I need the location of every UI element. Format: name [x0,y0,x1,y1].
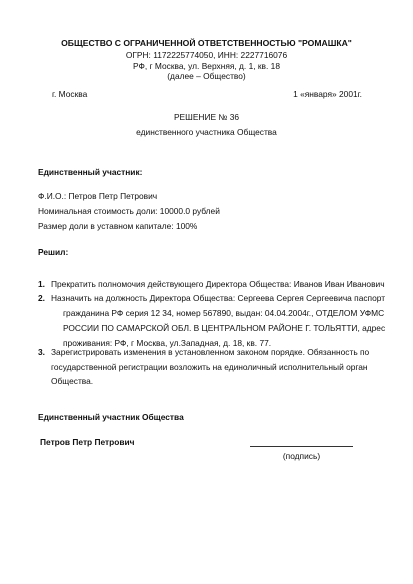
item-number: 2. [38,294,51,302]
decision-title: РЕШЕНИЕ № 36 [0,113,413,121]
participant-fio: Ф.И.О.: Петров Петр Петрович [38,192,157,200]
participant-share-size: Размер доли в уставном капитале: 100% [38,222,197,230]
signatory-name: Петров Петр Петрович [40,438,135,446]
signature-line [250,446,353,447]
signature-caption: (подпись) [250,452,353,460]
item-line: Прекратить полномочия действующего Дирек… [51,279,385,289]
item-line: Назначить на должность Директора Обществ… [51,293,385,303]
company-registration: ОГРН: 1172225774050, ИНН: 2227716076 [0,51,413,59]
company-address: РФ, г Москва, ул. Верхняя, д. 1, кв. 18 [0,62,413,70]
item-number: 1. [38,280,51,288]
company-alias: (далее – Общество) [0,72,413,80]
document-date: 1 «января» 2001г. [293,90,362,98]
item-line: РОССИИ ПО САМАРСКОЙ ОБЛ. В ЦЕНТРАЛЬНОМ Р… [63,324,385,332]
item-number: 3. [38,348,51,356]
signature-heading: Единственный участник Общества [38,413,184,421]
participant-nominal-value: Номинальная стоимость доли: 10000.0 рубл… [38,207,220,215]
item-line: гражданина РФ серия 12 34, номер 567890,… [63,309,384,317]
document-city: г. Москва [52,90,87,98]
company-name: ОБЩЕСТВО С ОГРАНИЧЕННОЙ ОТВЕТСТВЕННОСТЬЮ… [0,39,413,48]
item-line: Зарегистрировать изменения в установленн… [51,347,369,357]
item-line: Общества. [51,377,93,385]
decision-subtitle: единственного участника Общества [0,128,413,136]
participant-heading: Единственный участник: [38,168,142,176]
resolved-heading: Решил: [38,248,68,256]
item-line: государственной регистрации возложить на… [51,363,368,371]
